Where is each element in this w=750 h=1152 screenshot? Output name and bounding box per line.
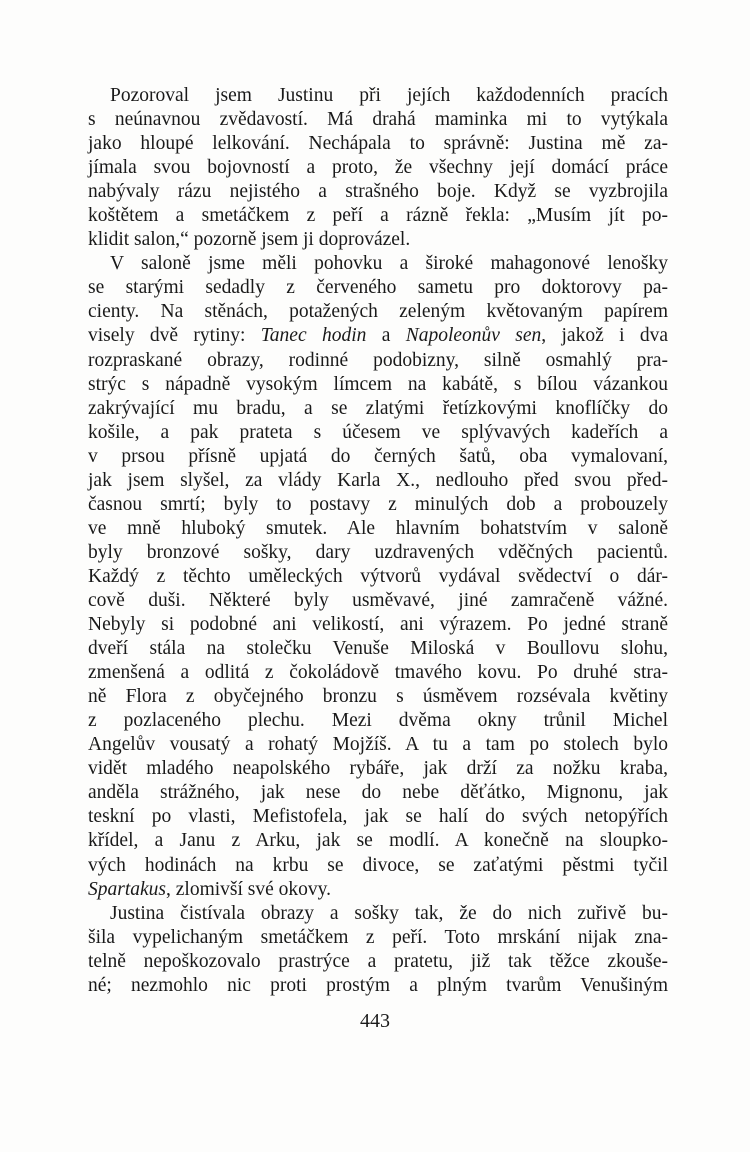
text-line: šila vypelichaným smetáčkem z peří. Toto… [88, 926, 668, 950]
page-number: 443 [0, 1010, 750, 1033]
text-line: nabývaly rázu nejistého a strašného boje… [88, 180, 668, 204]
text-line: Pozoroval jsem Justinu při jejích každod… [88, 84, 668, 108]
text-line: vých hodinách na krbu se divoce, se zaťa… [88, 854, 668, 878]
text-segment: a [366, 325, 405, 346]
text-line: strýc s nápadně vysokým límcem na kabátě… [88, 373, 668, 397]
text-line: cově duši. Některé byly usměvavé, jiné z… [88, 589, 668, 613]
text-line: V saloně jsme měli pohovku a široké maha… [88, 252, 668, 276]
text-line: ve mně hluboký smutek. Ale hlavním bohat… [88, 517, 668, 541]
italic-title: Spartakus [88, 879, 166, 900]
text-line: cienty. Na stěnách, potažených zeleným k… [88, 300, 668, 324]
text-line: telně nepoškozovalo prastrýce a pratetu,… [88, 950, 668, 974]
text-line: Justina čistívala obrazy a sošky tak, že… [88, 902, 668, 926]
text-segment: visely dvě rytiny: [88, 325, 261, 346]
text-line: časnou smrtí; byly to postavy z minulých… [88, 493, 668, 517]
text-line: z pozlaceného plechu. Mezi dvěma okny tr… [88, 709, 668, 733]
text-line: Nebyly si podobné ani velikostí, ani výr… [88, 613, 668, 637]
text-line: křídel, a Janu z Arku, jak se modlí. A k… [88, 829, 668, 853]
text-line: zmenšená a odlitá z čokoládově tmavého k… [88, 661, 668, 685]
text-line: jímala svou bojovností a proto, že všech… [88, 156, 668, 180]
text-segment: , jakož i dva [541, 325, 668, 346]
body-text: Pozoroval jsem Justinu při jejích každod… [88, 84, 668, 998]
text-line: ně Flora z obyčejného bronzu s úsměvem r… [88, 685, 668, 709]
text-line: né; nezmohlo nic proti prostým a plným t… [88, 974, 668, 998]
text-line: Spartakus, zlomivší své okovy. [88, 878, 668, 902]
text-segment: , zlomivší své okovy. [166, 879, 331, 900]
italic-title: Napoleonův sen [406, 325, 542, 346]
text-line: jak jsem slyšel, za vlády Karla X., nedl… [88, 469, 668, 493]
italic-title: Tanec hodin [261, 325, 367, 346]
text-line: zakrývající mu bradu, a se zlatými řetíz… [88, 397, 668, 421]
text-line: jako hloupé lelkování. Nechápala to sprá… [88, 132, 668, 156]
text-line: byly bronzové sošky, dary uzdravených vd… [88, 541, 668, 565]
text-line: Angelův vousatý a rohatý Mojžíš. A tu a … [88, 733, 668, 757]
text-line: vidět mladého neapolského rybáře, jak dr… [88, 757, 668, 781]
text-line: s neúnavnou zvědavostí. Má drahá maminka… [88, 108, 668, 132]
text-line: Každý z těchto uměleckých výtvorů vydáva… [88, 565, 668, 589]
text-line: teskní po vlasti, Mefistofela, jak se ha… [88, 805, 668, 829]
text-line: v prsou přísně upjatá do černých šatů, o… [88, 445, 668, 469]
text-line: se starými sedadly z červeného sametu pr… [88, 276, 668, 300]
book-page: Pozoroval jsem Justinu při jejích každod… [0, 0, 750, 1152]
text-line: rozpraskané obrazy, rodinné podobizny, s… [88, 349, 668, 373]
text-line: anděla strážného, jak nese do nebe děťát… [88, 781, 668, 805]
text-line: klidit salon,“ pozorně jsem ji doprováze… [88, 228, 668, 252]
text-line: dveří stála na stolečku Venuše Miloská v… [88, 637, 668, 661]
text-line: visely dvě rytiny: Tanec hodin a Napoleo… [88, 324, 668, 348]
text-line: košile, a pak prateta s účesem ve splýva… [88, 421, 668, 445]
text-line: koštětem a smetáčkem z peří a rázně řekl… [88, 204, 668, 228]
